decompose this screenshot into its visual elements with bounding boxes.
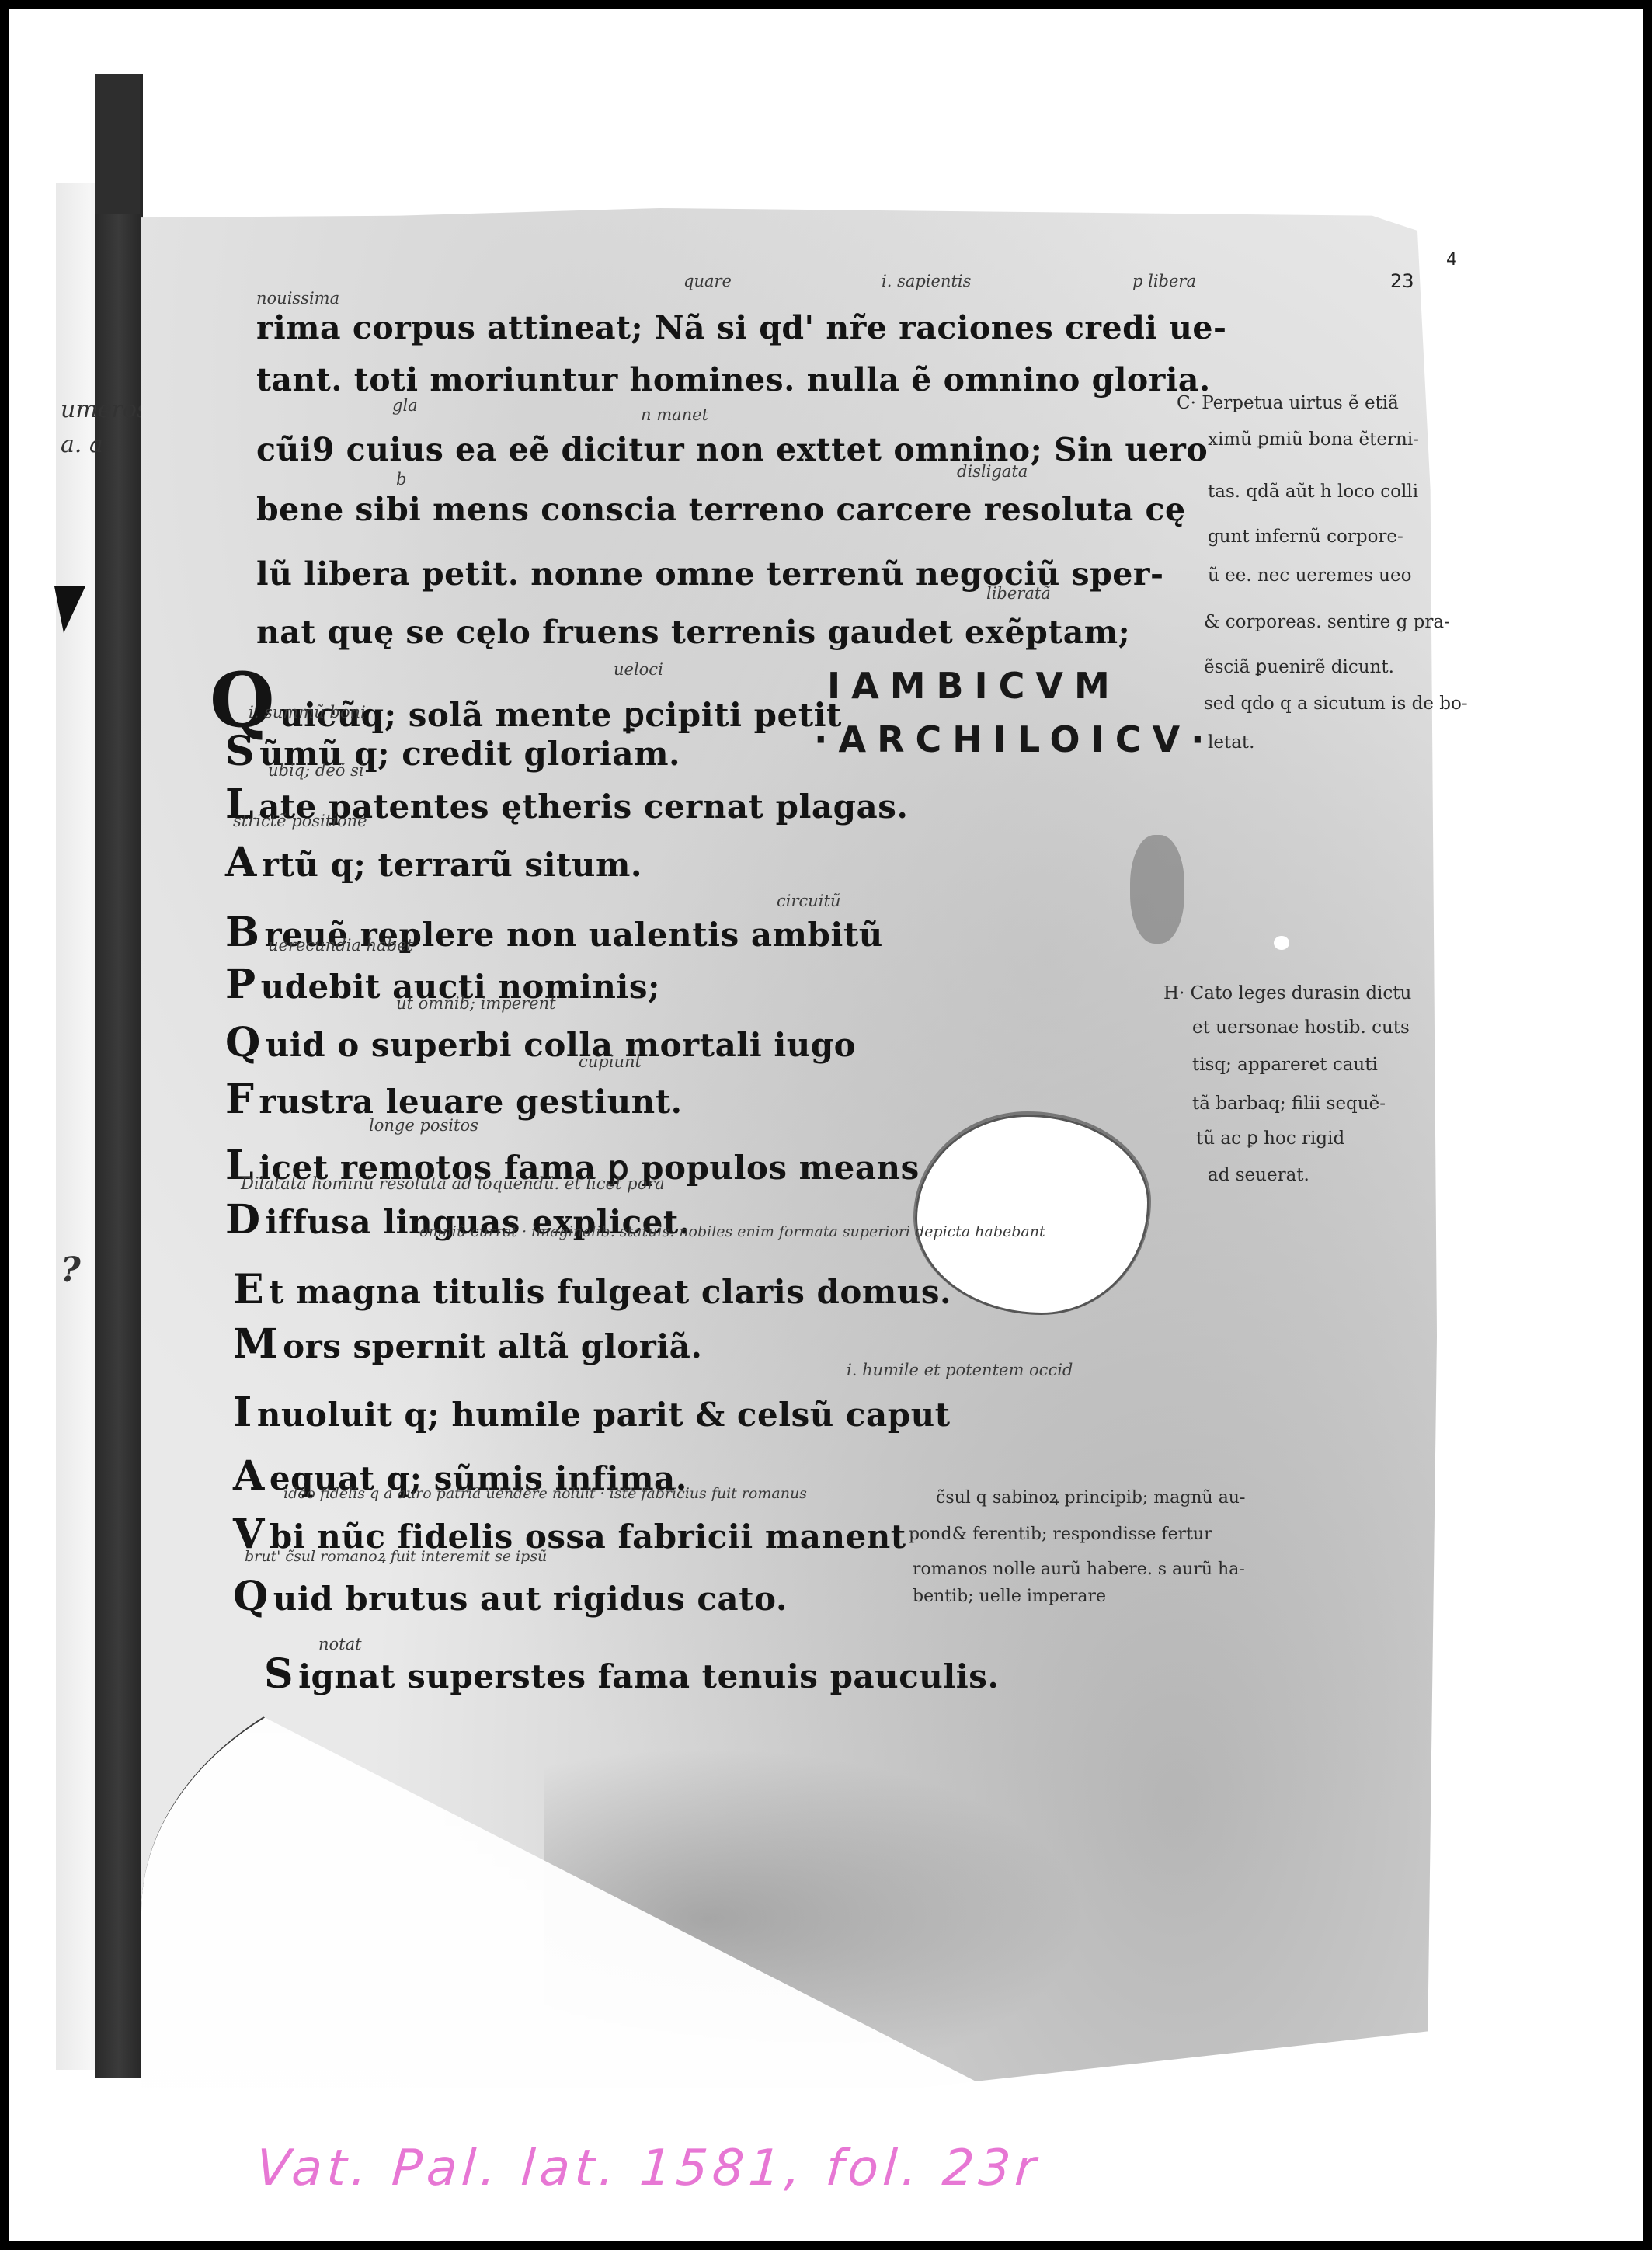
interlinear-gloss: ideo fidelis q a auro patriã uendere nol… — [283, 1485, 807, 1502]
marginal-note-fabricius-line: c̃sul q sabinoꝝ principib; magnũ au- — [936, 1490, 1245, 1507]
prose-line: bene sibi mens conscia terreno carcere r… — [256, 491, 1186, 528]
marginal-note-h-line: et uersonae hostib. cuts — [1192, 1019, 1410, 1037]
interlinear-gloss: b — [396, 470, 406, 489]
marginal-note-c-line: ximũ ꝑmiũ bona ẽterni- — [1208, 431, 1419, 449]
interlinear-gloss: gla — [392, 396, 418, 415]
interlinear-gloss: ut omnib; imperent — [396, 994, 556, 1013]
interlinear-gloss: cupiunt — [579, 1052, 642, 1071]
interlinear-gloss: disligata — [957, 462, 1028, 481]
interlinear-gloss: strictẽ positione — [233, 812, 367, 830]
prose-line: cũi9 cuius ea eẽ dicitur non exttet omni… — [256, 431, 1208, 468]
prose-line: nat quę se cęlo fruens terrenis gaudet e… — [256, 614, 1130, 651]
marginal-note-c-line: & corporeas. sentire g pra- — [1204, 614, 1450, 631]
interlinear-gloss: Dilatata hominũ resoluta ad loquendũ. et… — [241, 1174, 665, 1193]
marginal-note-c-line: ũ ee. nec ueremes ueo — [1208, 567, 1411, 585]
verse-line: Quid o superbi colla mortali iugo — [225, 1019, 856, 1066]
verse-line: Quid brutus aut rigidus cato. — [233, 1573, 788, 1620]
interlinear-gloss: brut' c̃sul romanoꝝ fuit interemit se ip… — [245, 1546, 547, 1566]
marginal-note-c-line: ẽsciã ꝑuenirẽ dicunt. — [1204, 659, 1394, 676]
interlinear-gloss: i. sapientis — [882, 272, 971, 290]
verse-line: Inuoluit q; humile parit & celsũ caput — [233, 1389, 951, 1436]
folio-number-extra: 4 — [1446, 250, 1457, 270]
marginal-note-h-line: tũ ac ꝑ hoc rigid — [1196, 1130, 1344, 1148]
interlinear-gloss: uerecundia habet — [268, 936, 413, 955]
marginal-note-fabricius-line: bentib; uelle imperare — [913, 1588, 1106, 1605]
marginal-note-h-line: tisq; appareret cauti — [1192, 1056, 1378, 1074]
marginal-note-h-line: tã barbaq; filii sequẽ- — [1192, 1095, 1386, 1113]
interlinear-gloss: n manet — [641, 405, 708, 424]
interlinear-gloss: i. humile et potentem occid — [847, 1361, 1073, 1379]
verse-line: Signat superstes fama tenuis pauculis. — [264, 1650, 999, 1698]
binding-gutter-band — [95, 74, 143, 2078]
marginal-note-h-line: H· Cato leges durasin dictu — [1163, 985, 1411, 1003]
marginal-note-c-line: tas. qdã aũt h loco colli — [1208, 483, 1418, 501]
interlinear-gloss: longe positos — [369, 1116, 478, 1135]
prose-line: rima corpus attineat; Nã si qd' nr̃e rac… — [256, 309, 1227, 346]
prose-line: tant. toti moriuntur homines. nulla ẽ om… — [256, 361, 1211, 398]
interlinear-gloss: ubiq; deõ si — [268, 761, 364, 780]
interlinear-gloss: omniũ currat · imaginalib. statuis. nobi… — [419, 1223, 1045, 1240]
marginal-note-c-line: sed qdo q a sicutum is de bo- — [1204, 695, 1468, 713]
interlinear-gloss: quare — [683, 272, 732, 290]
parchment-stain — [1130, 835, 1184, 944]
marginal-note-c-line: gunt infernũ corpore- — [1208, 528, 1403, 546]
parchment-pinhole — [1274, 936, 1289, 950]
verse-line: Et magna titulis fulgeat claris domus. — [233, 1266, 951, 1313]
shelfmark-label: Vat. Pal. lat. 1581, fol. 23r — [254, 2140, 1042, 2197]
marginal-note-c-line: C· Perpetua uirtus ẽ etiã — [1177, 395, 1399, 412]
adjacent-leaf-fragment: a. a — [61, 431, 103, 458]
metre-heading-line1: IAMBICVM — [827, 665, 1121, 707]
verse-line: Mors spernit altã gloriã. — [233, 1320, 703, 1368]
interlinear-gloss: p libera — [1132, 272, 1196, 290]
marginal-note-fabricius-line: pond& ferentib; respondisse fertur — [909, 1526, 1212, 1543]
interlinear-gloss: liberatã — [986, 584, 1051, 603]
marginal-note-c-line: letat. — [1208, 734, 1254, 752]
marginal-note-fabricius-line: romanos nolle aurũ habere. s aurũ ha- — [913, 1561, 1245, 1578]
adjacent-leaf-fragment: ? — [61, 1250, 81, 1290]
verse-line: Artũ q; terrarũ situm. — [225, 839, 642, 886]
interlinear-gloss: i. summũ boni — [249, 703, 366, 722]
folio-number: 23 — [1390, 270, 1414, 292]
metre-heading-line2: ·ARCHILOICV· — [814, 718, 1216, 760]
marginal-note-h-line: ad seuerat. — [1208, 1167, 1309, 1184]
adjacent-leaf-fragment: umeros — [61, 396, 148, 423]
interlinear-gloss: circuitũ — [777, 892, 840, 910]
interlinear-gloss: nouissima — [256, 289, 339, 308]
binding-gutter-top — [95, 74, 140, 214]
